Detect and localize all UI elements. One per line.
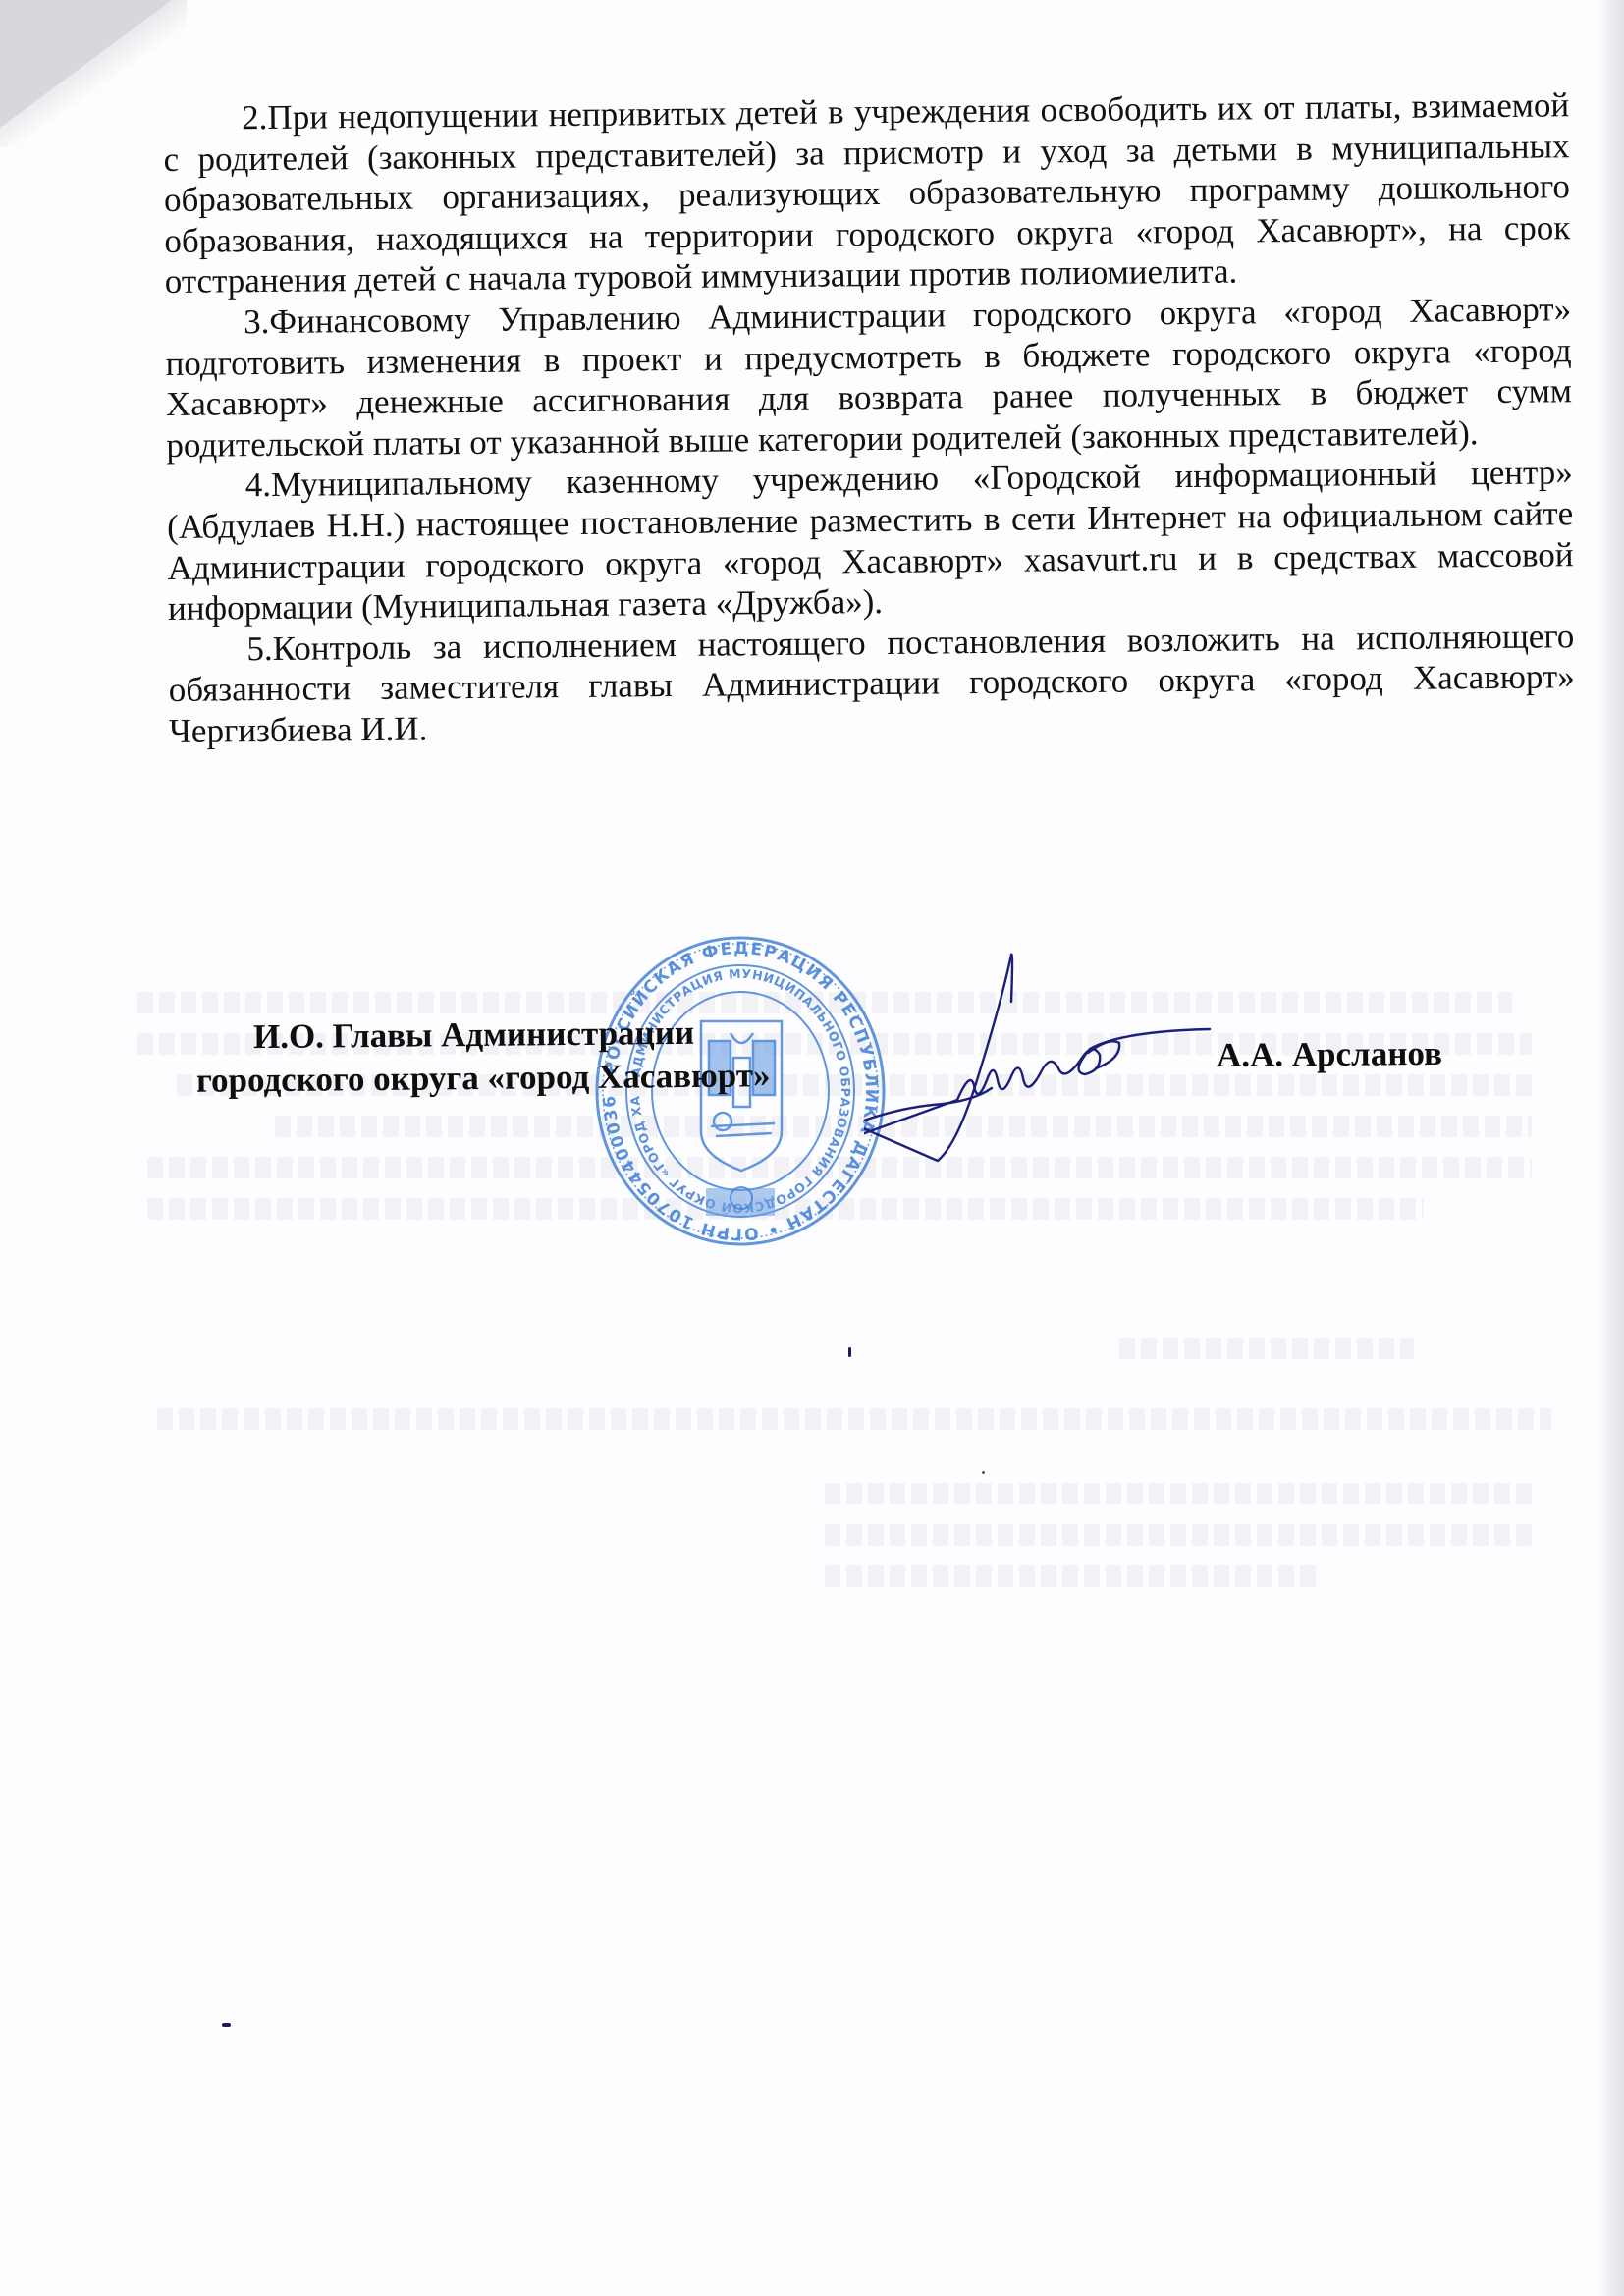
- signatory-name: А.А. Арсланов: [1217, 1033, 1442, 1076]
- page-edge-shadow: [1597, 0, 1624, 2296]
- handwritten-signature: [864, 943, 1237, 1169]
- official-seal-stamp: РОССИЙСКАЯ ФЕДЕРАЦИЯ РЕСПУБЛИКА ДАГЕСТАН…: [593, 935, 888, 1247]
- paragraph-5: 5.Контроль за исполнением настоящего пос…: [168, 616, 1575, 752]
- paragraph-2: 2.При недопущении непривитых детей в учр…: [163, 84, 1571, 302]
- scanned-page: 2.При недопущении непривитых детей в учр…: [0, 0, 1624, 2296]
- document-body: 2.При недопущении непривитых детей в учр…: [163, 84, 1575, 751]
- scan-speck: [848, 1347, 851, 1357]
- scan-speck: [222, 2023, 231, 2027]
- folded-corner: [0, 0, 172, 128]
- scan-speck: [982, 1471, 985, 1474]
- paragraph-4: 4.Муниципальному казенному учреждению «Г…: [167, 453, 1575, 629]
- paragraph-3: 3.Финансовому Управлению Администрации г…: [165, 289, 1573, 465]
